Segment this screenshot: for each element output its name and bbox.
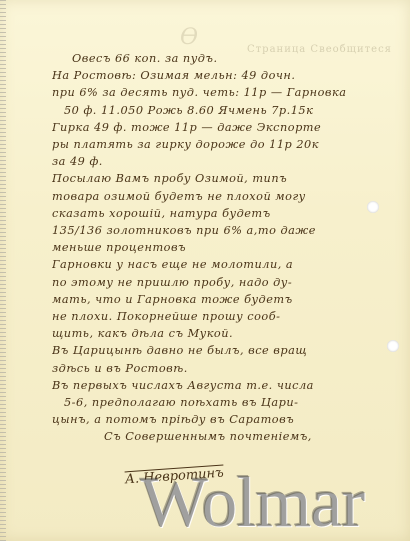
- letter-line: Въ первыхъ числахъ Августа т.е. числа: [52, 377, 404, 394]
- letter-line: Посылаю Вамъ пробу Озимой, типъ: [52, 170, 404, 187]
- letter-line: Съ Совершеннымъ почтеніемъ,: [52, 428, 404, 445]
- watermark-text: Wolmar: [140, 462, 364, 542]
- letter-line: 50 ф. 11.050 Рожь 8.60 Ячмень 7р.15к: [52, 102, 404, 119]
- letter-line: по этому не пришлю пробу, надо ду-: [52, 274, 404, 291]
- bottom-margin: [0, 541, 412, 550]
- letter-line: Овесъ 66 коп. за пудъ.: [52, 50, 404, 67]
- letter-body: Овесъ 66 коп. за пудъ. На Ростовѣ: Озима…: [52, 50, 404, 446]
- letter-line: за 49 ф.: [52, 153, 404, 170]
- letter-line: Гарновки у насъ еще не молотили, а: [52, 256, 404, 273]
- letter-line: меньше процентовъ: [52, 239, 404, 256]
- letter-line: при 6% за десять пуд. четь: 11р — Гарнов…: [52, 84, 404, 101]
- letter-line: 5-6, предполагаю поѣхать въ Цари-: [52, 394, 404, 411]
- letter-paper: Ѳ Страница Свеобщитеся Овесъ 66 коп. за …: [0, 0, 410, 541]
- letter-line: сказать хорошій, натура будетъ: [52, 205, 404, 222]
- letter-line: цынъ, а потомъ пріѣду въ Саратовъ: [52, 411, 404, 428]
- letter-line: Гирка 49 ф. тоже 11р — даже Экспорте: [52, 119, 404, 136]
- letter-line: здѣсь и въ Ростовѣ.: [52, 360, 404, 377]
- faded-stamp-mark: Ѳ: [180, 25, 199, 50]
- letter-line: не плохи. Покорнейше прошу сооб-: [52, 308, 404, 325]
- letter-line: мать, что и Гарновка тоже будетъ: [52, 291, 404, 308]
- letter-line: Въ Царицынѣ давно не былъ, все вращ: [52, 342, 404, 359]
- letter-line: 135/136 золотниковъ при 6% а,то даже: [52, 222, 404, 239]
- scale-ruler: [0, 0, 6, 545]
- letter-line: ры платять за гирку дороже до 11р 20к: [52, 136, 404, 153]
- letter-line: товара озимой будетъ не плохой могу: [52, 188, 404, 205]
- letter-line: щить, какъ дѣла съ Мукой.: [52, 325, 404, 342]
- letter-line: На Ростовѣ: Озимая мельн: 49 дочн.: [52, 67, 404, 84]
